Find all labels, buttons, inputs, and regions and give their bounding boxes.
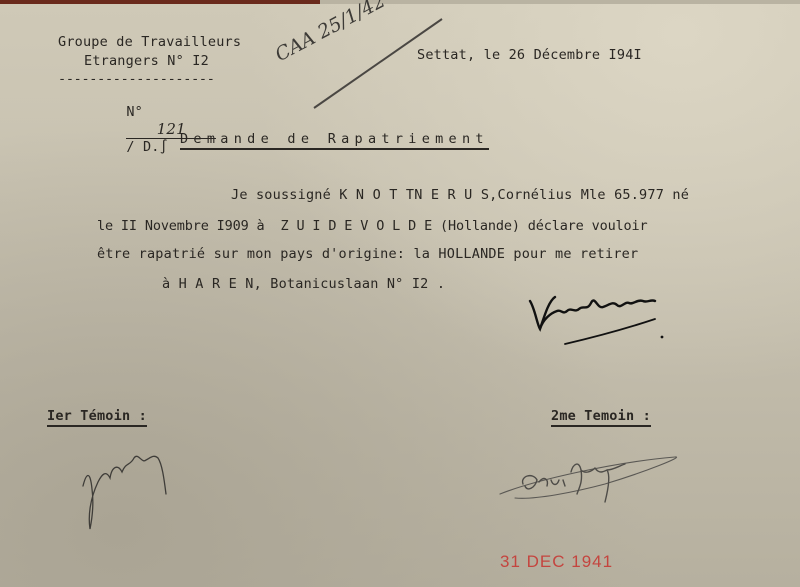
body-line-1: Je soussigné K N O T TN E R U S,Cornéliu… <box>231 187 689 203</box>
body-line-3: être rapatrié sur mon pays d'origine: la… <box>97 246 638 262</box>
org-line-1: Groupe de Travailleurs <box>58 34 241 50</box>
place-date: Settat, le 26 Décembre I94I <box>417 47 642 63</box>
reference-line: N° 121 / D.∫ <box>93 88 216 171</box>
witness-2-signature <box>495 442 685 512</box>
reference-prefix: N° <box>126 104 143 120</box>
witness-2-label: 2me Temoin : <box>551 408 651 427</box>
document-title: Demande de Rapatriement <box>180 131 489 150</box>
witness-1-signature <box>78 444 178 534</box>
annotation-slash-line <box>310 16 450 111</box>
date-received-stamp: 31 DEC 1941 <box>500 552 613 572</box>
witness-1-label: Ier Témoin : <box>47 408 147 427</box>
body-line-4: à H A R E N, Botanicuslaan N° I2 . <box>162 276 445 292</box>
applicant-signature <box>525 289 675 349</box>
header-separator: -------------------- <box>58 71 215 87</box>
body-line-2: le II Novembre I909 à Z U I D E V O L D … <box>97 218 647 234</box>
org-line-2: Etrangers N° I2 <box>84 53 209 69</box>
document-page: Groupe de Travailleurs Etrangers N° I2 -… <box>0 4 800 587</box>
reference-suffix: / D.∫ <box>126 139 168 155</box>
